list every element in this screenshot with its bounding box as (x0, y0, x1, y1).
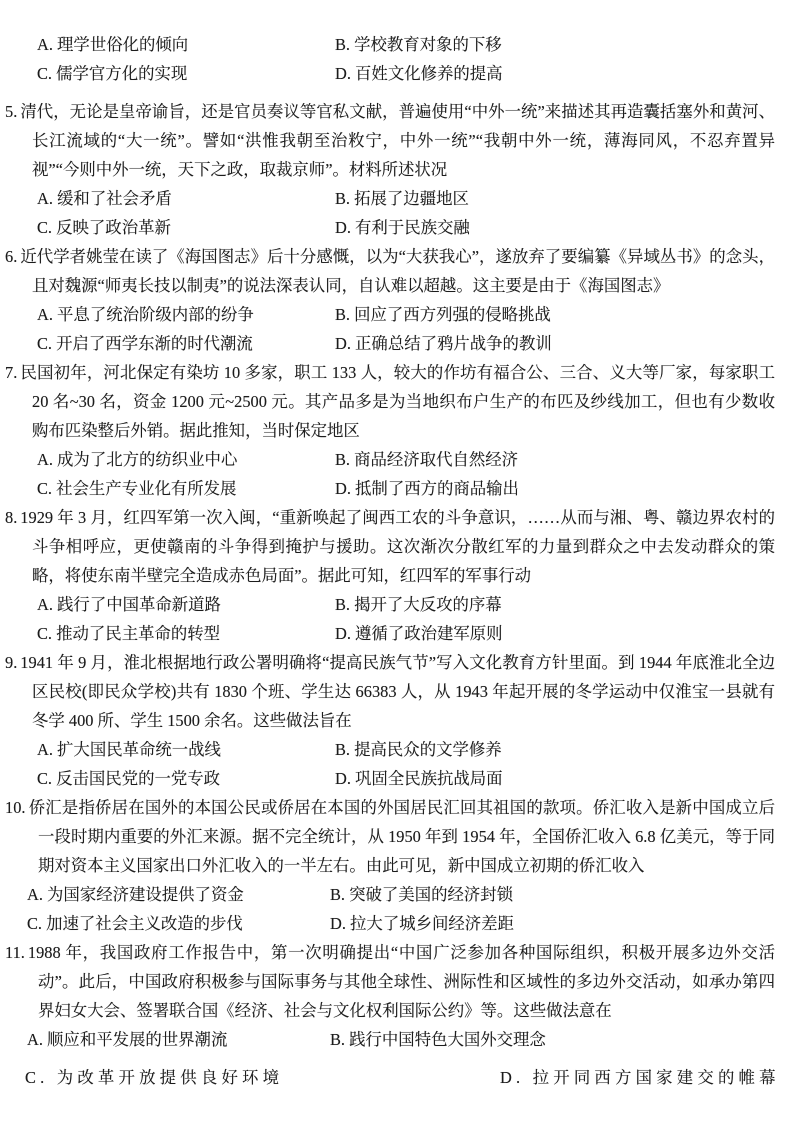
question-6: 6.近代学者姚莹在读了《海国图志》后十分感慨，以为“大获我心”，遂放弃了要编纂《… (5, 242, 775, 358)
options-row: C. 社会生产专业化有所发展 D. 抵制了西方的商品输出 (5, 474, 775, 503)
option-b: B. 学校教育对象的下移 (335, 30, 775, 59)
question-10: 10.侨汇是指侨居在国外的本国公民或侨居在本国的外国居民汇回其祖国的款项。侨汇收… (5, 793, 775, 938)
question-11: 11.1988 年，我国政府工作报告中，第一次明确提出“中国广泛参加各种国际组织… (5, 938, 775, 1092)
option-b: B. 拓展了边疆地区 (335, 184, 775, 213)
question-stem: 10.侨汇是指侨居在国外的本国公民或侨居在本国的外国居民汇回其祖国的款项。侨汇收… (5, 793, 775, 880)
option-c: C. 社会生产专业化有所发展 (37, 474, 335, 503)
question-number: 9. (5, 653, 17, 672)
option-d: D. 正确总结了鸦片战争的教训 (335, 329, 775, 358)
option-c: C. 加速了社会主义改造的步伐 (27, 909, 330, 938)
options-row: A. 顺应和平发展的世界潮流 B. 践行中国特色大国外交理念 (5, 1025, 775, 1054)
option-b: B. 揭开了大反攻的序幕 (335, 590, 775, 619)
options-row: A. 理学世俗化的倾向 B. 学校教育对象的下移 (5, 30, 775, 59)
option-d: D. 有利于民族交融 (335, 213, 775, 242)
option-b: B. 提高民众的文学修养 (335, 735, 775, 764)
question-text: 侨汇是指侨居在国外的本国公民或侨居在本国的外国居民汇回其祖国的款项。侨汇收入是新… (29, 798, 776, 875)
question-number: 5. (5, 102, 17, 121)
options-row: C. 加速了社会主义改造的步伐 D. 拉大了城乡间经济差距 (5, 909, 775, 938)
question-stem: 11.1988 年，我国政府工作报告中，第一次明确提出“中国广泛参加各种国际组织… (5, 938, 775, 1025)
question-9: 9.1941 年 9 月，淮北根据地行政公署明确将“提高民族气节”写入文化教育方… (5, 648, 775, 793)
options-row: A. 为国家经济建设提供了资金 B. 突破了美国的经济封锁 (5, 880, 775, 909)
exam-page: A. 理学世俗化的倾向 B. 学校教育对象的下移 C. 儒学官方化的实现 D. … (0, 0, 800, 1122)
options-row: C. 开启了西学东渐的时代潮流 D. 正确总结了鸦片战争的教训 (5, 329, 775, 358)
option-d: D. 巩固全民族抗战局面 (335, 764, 775, 793)
options-row: C. 推动了民主革命的转型 D. 遵循了政治建军原则 (5, 619, 775, 648)
option-a: A. 为国家经济建设提供了资金 (27, 880, 330, 909)
question-number: 6. (5, 247, 17, 266)
question-7: 7.民国初年，河北保定有染坊 10 多家，职工 133 人，较大的作坊有福合公、… (5, 358, 775, 503)
option-b: B. 回应了西方列强的侵略挑战 (335, 300, 775, 329)
question-number: 8. (5, 508, 17, 527)
question-stem: 7.民国初年，河北保定有染坊 10 多家，职工 133 人，较大的作坊有福合公、… (5, 358, 775, 445)
option-b: B. 践行中国特色大国外交理念 (330, 1025, 775, 1054)
question-text: 近代学者姚莹在读了《海国图志》后十分感慨，以为“大获我心”，遂放弃了要编纂《异域… (20, 247, 775, 295)
question-5: 5.清代，无论是皇帝谕旨，还是官员奏议等官私文献，普遍使用“中外一统”来描述其再… (5, 97, 775, 242)
option-d: D. 抵制了西方的商品输出 (335, 474, 775, 503)
option-a: A. 顺应和平发展的世界潮流 (27, 1025, 330, 1054)
options-row: A. 践行了中国革命新道路 B. 揭开了大反攻的序幕 (5, 590, 775, 619)
question-number: 7. (5, 363, 17, 382)
options-row: A. 缓和了社会矛盾 B. 拓展了边疆地区 (5, 184, 775, 213)
option-a: A. 缓和了社会矛盾 (37, 184, 335, 213)
option-d: D. 拉大了城乡间经济差距 (330, 909, 775, 938)
question-number: 11. (5, 943, 25, 962)
question-text: 民国初年，河北保定有染坊 10 多家，职工 133 人，较大的作坊有福合公、三合… (20, 363, 775, 440)
option-a: A. 平息了统治阶级内部的纷争 (37, 300, 335, 329)
options-row: C. 儒学官方化的实现 D. 百姓文化修养的提高 (5, 59, 775, 88)
option-c: C. 开启了西学东渐的时代潮流 (37, 329, 335, 358)
question-text: 1941 年 9 月，淮北根据地行政公署明确将“提高民族气节”写入文化教育方针里… (20, 653, 775, 730)
option-d: D. 百姓文化修养的提高 (335, 59, 775, 88)
option-c: C. 儒学官方化的实现 (37, 59, 335, 88)
options-row: A. 平息了统治阶级内部的纷争 B. 回应了西方列强的侵略挑战 (5, 300, 775, 329)
question-stem: 8.1929 年 3 月，红四军第一次入闽，“重新唤起了闽西工农的斗争意识，……… (5, 503, 775, 590)
option-d: D. 拉开同西方国家建交的帷幕 (500, 1063, 780, 1092)
question-text: 1988 年，我国政府工作报告中，第一次明确提出“中国广泛参加各种国际组织，积极… (28, 943, 775, 1020)
options-row: C. 反击国民党的一党专政 D. 巩固全民族抗战局面 (5, 764, 775, 793)
options-row: A. 扩大国民革命统一战线 B. 提高民众的文学修养 (5, 735, 775, 764)
option-c: C. 反击国民党的一党专政 (37, 764, 335, 793)
options-row: C. 为改革开放提供良好环境 D. 拉开同西方国家建交的帷幕 (5, 1063, 775, 1092)
question-stem: 9.1941 年 9 月，淮北根据地行政公署明确将“提高民族气节”写入文化教育方… (5, 648, 775, 735)
option-a: A. 理学世俗化的倾向 (37, 30, 335, 59)
option-d: D. 遵循了政治建军原则 (335, 619, 775, 648)
option-a: A. 践行了中国革命新道路 (37, 590, 335, 619)
option-c: C. 推动了民主革命的转型 (37, 619, 335, 648)
options-row: A. 成为了北方的纺织业中心 B. 商品经济取代自然经济 (5, 445, 775, 474)
option-c: C. 反映了政治革新 (37, 213, 335, 242)
question-8: 8.1929 年 3 月，红四军第一次入闽，“重新唤起了闽西工农的斗争意识，……… (5, 503, 775, 648)
option-a: A. 扩大国民革命统一战线 (37, 735, 335, 764)
option-a: A. 成为了北方的纺织业中心 (37, 445, 335, 474)
options-row: C. 反映了政治革新 D. 有利于民族交融 (5, 213, 775, 242)
option-b: B. 商品经济取代自然经济 (335, 445, 775, 474)
question-4: A. 理学世俗化的倾向 B. 学校教育对象的下移 C. 儒学官方化的实现 D. … (5, 30, 775, 88)
question-number: 10. (5, 798, 26, 817)
question-stem: 6.近代学者姚莹在读了《海国图志》后十分感慨，以为“大获我心”，遂放弃了要编纂《… (5, 242, 775, 300)
option-b: B. 突破了美国的经济封锁 (330, 880, 775, 909)
option-c: C. 为改革开放提供良好环境 (25, 1063, 500, 1092)
question-text: 1929 年 3 月，红四军第一次入闽，“重新唤起了闽西工农的斗争意识，……从而… (20, 508, 775, 585)
question-stem: 5.清代，无论是皇帝谕旨，还是官员奏议等官私文献，普遍使用“中外一统”来描述其再… (5, 97, 775, 184)
question-text: 清代，无论是皇帝谕旨，还是官员奏议等官私文献，普遍使用“中外一统”来描述其再造囊… (20, 102, 775, 179)
